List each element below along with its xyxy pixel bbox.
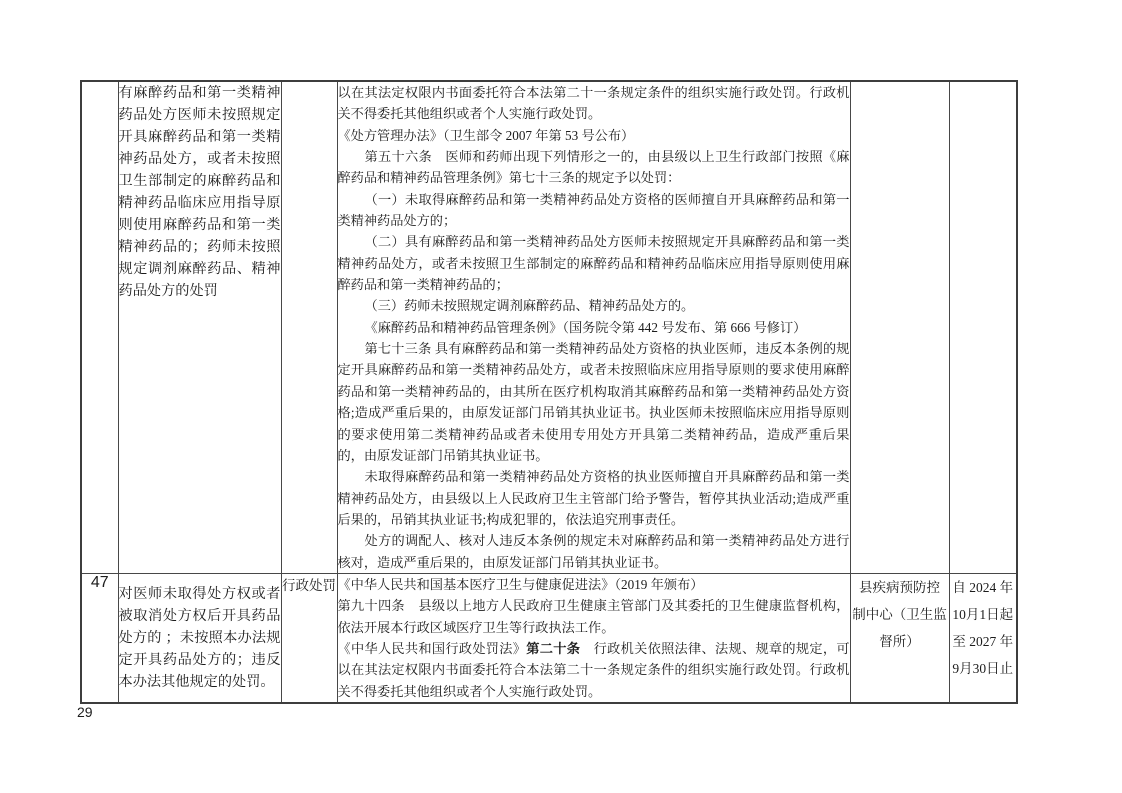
penalty-items-table: 有麻醉药品和第一类精神药品处方医师未按照规定开具麻醉药品和第一类精神药品处方，或… (80, 80, 1018, 704)
legal-paragraph: （二）具有麻醉药品和第一类精神药品处方医师未按照规定开具麻醉药品和第一类精神药品… (338, 231, 850, 295)
legal-paragraph: 《处方管理办法》（卫生部令 2007 年第 53 号公布） (338, 125, 850, 146)
row-number-cell (81, 81, 118, 573)
law-article-bold: 第二十条 (526, 641, 580, 656)
law-title: 《中华人民共和国行政处罚法》 (338, 641, 527, 656)
page-number: 29 (77, 704, 93, 720)
penalty-type-cell (281, 81, 337, 573)
row-number-cell: 47 (81, 573, 118, 703)
legal-paragraph: 第七十三条 具有麻醉药品和第一类精神药品处方资格的执业医师，违反本条例的规定开具… (338, 338, 850, 466)
enforcing-agency-cell (850, 81, 949, 573)
table-row-continuation: 有麻醉药品和第一类精神药品处方医师未按照规定开具麻醉药品和第一类精神药品处方，或… (81, 81, 1017, 573)
legal-basis-cell: 《中华人民共和国基本医疗卫生与健康促进法》（2019 年颁布） 第九十四条 县级… (337, 573, 850, 703)
enforcing-agency-cell: 县疾病预防控 制中心（卫生监 督所） (850, 573, 949, 703)
legal-paragraph: 第九十四条 县级以上地方人民政府卫生健康主管部门及其委托的卫生健康监督机构，依法… (338, 595, 850, 638)
penalty-type-cell: 行政处罚 (281, 573, 337, 703)
legal-paragraph: 第五十六条 医师和药师出现下列情形之一的，由县级以上卫生行政部门按照《麻醉药品和… (338, 146, 850, 189)
legal-paragraph: （一）未取得麻醉药品和第一类精神药品处方资格的医师擅自开具麻醉药品和第一类精神药… (338, 189, 850, 232)
violation-description-cell: 对医师未取得处方权或者被取消处方权后开具药品处方的 ；未按照本办法规定开具药品处… (118, 573, 281, 703)
legal-paragraph: （三）药师未按照规定调剂麻醉药品、精神药品处方的。 (338, 295, 850, 316)
legal-basis-cell: 以在其法定权限内书面委托符合本法第二十一条规定条件的组织实施行政处罚。行政机关不… (337, 81, 850, 573)
legal-paragraph: 《中华人民共和国行政处罚法》第二十条 行政机关依照法律、法规、规章的规定，可以在… (338, 638, 850, 702)
table-row-47: 47 对医师未取得处方权或者被取消处方权后开具药品处方的 ；未按照本办法规定开具… (81, 573, 1017, 703)
legal-paragraph: 处方的调配人、核对人违反本条例的规定未对麻醉药品和第一类精神药品处方进行核对，造… (338, 530, 850, 573)
legal-paragraph: 未取得麻醉药品和第一类精神药品处方资格的执业医师擅自开具麻醉药品和第一类精神药品… (338, 466, 850, 530)
legal-paragraph: 《麻醉药品和精神药品管理条例》（国务院令第 442 号发布、第 666 号修订） (338, 317, 850, 338)
violation-description-cell: 有麻醉药品和第一类精神药品处方医师未按照规定开具麻醉药品和第一类精神药品处方，或… (118, 81, 281, 573)
enforcement-period-cell (949, 81, 1017, 573)
enforcement-period-cell: 自 2024 年 10月1日起 至 2027 年 9月30日止 (949, 573, 1017, 703)
legal-paragraph: 以在其法定权限内书面委托符合本法第二十一条规定条件的组织实施行政处罚。行政机关不… (338, 82, 850, 125)
legal-paragraph: 《中华人民共和国基本医疗卫生与健康促进法》（2019 年颁布） (338, 574, 850, 595)
